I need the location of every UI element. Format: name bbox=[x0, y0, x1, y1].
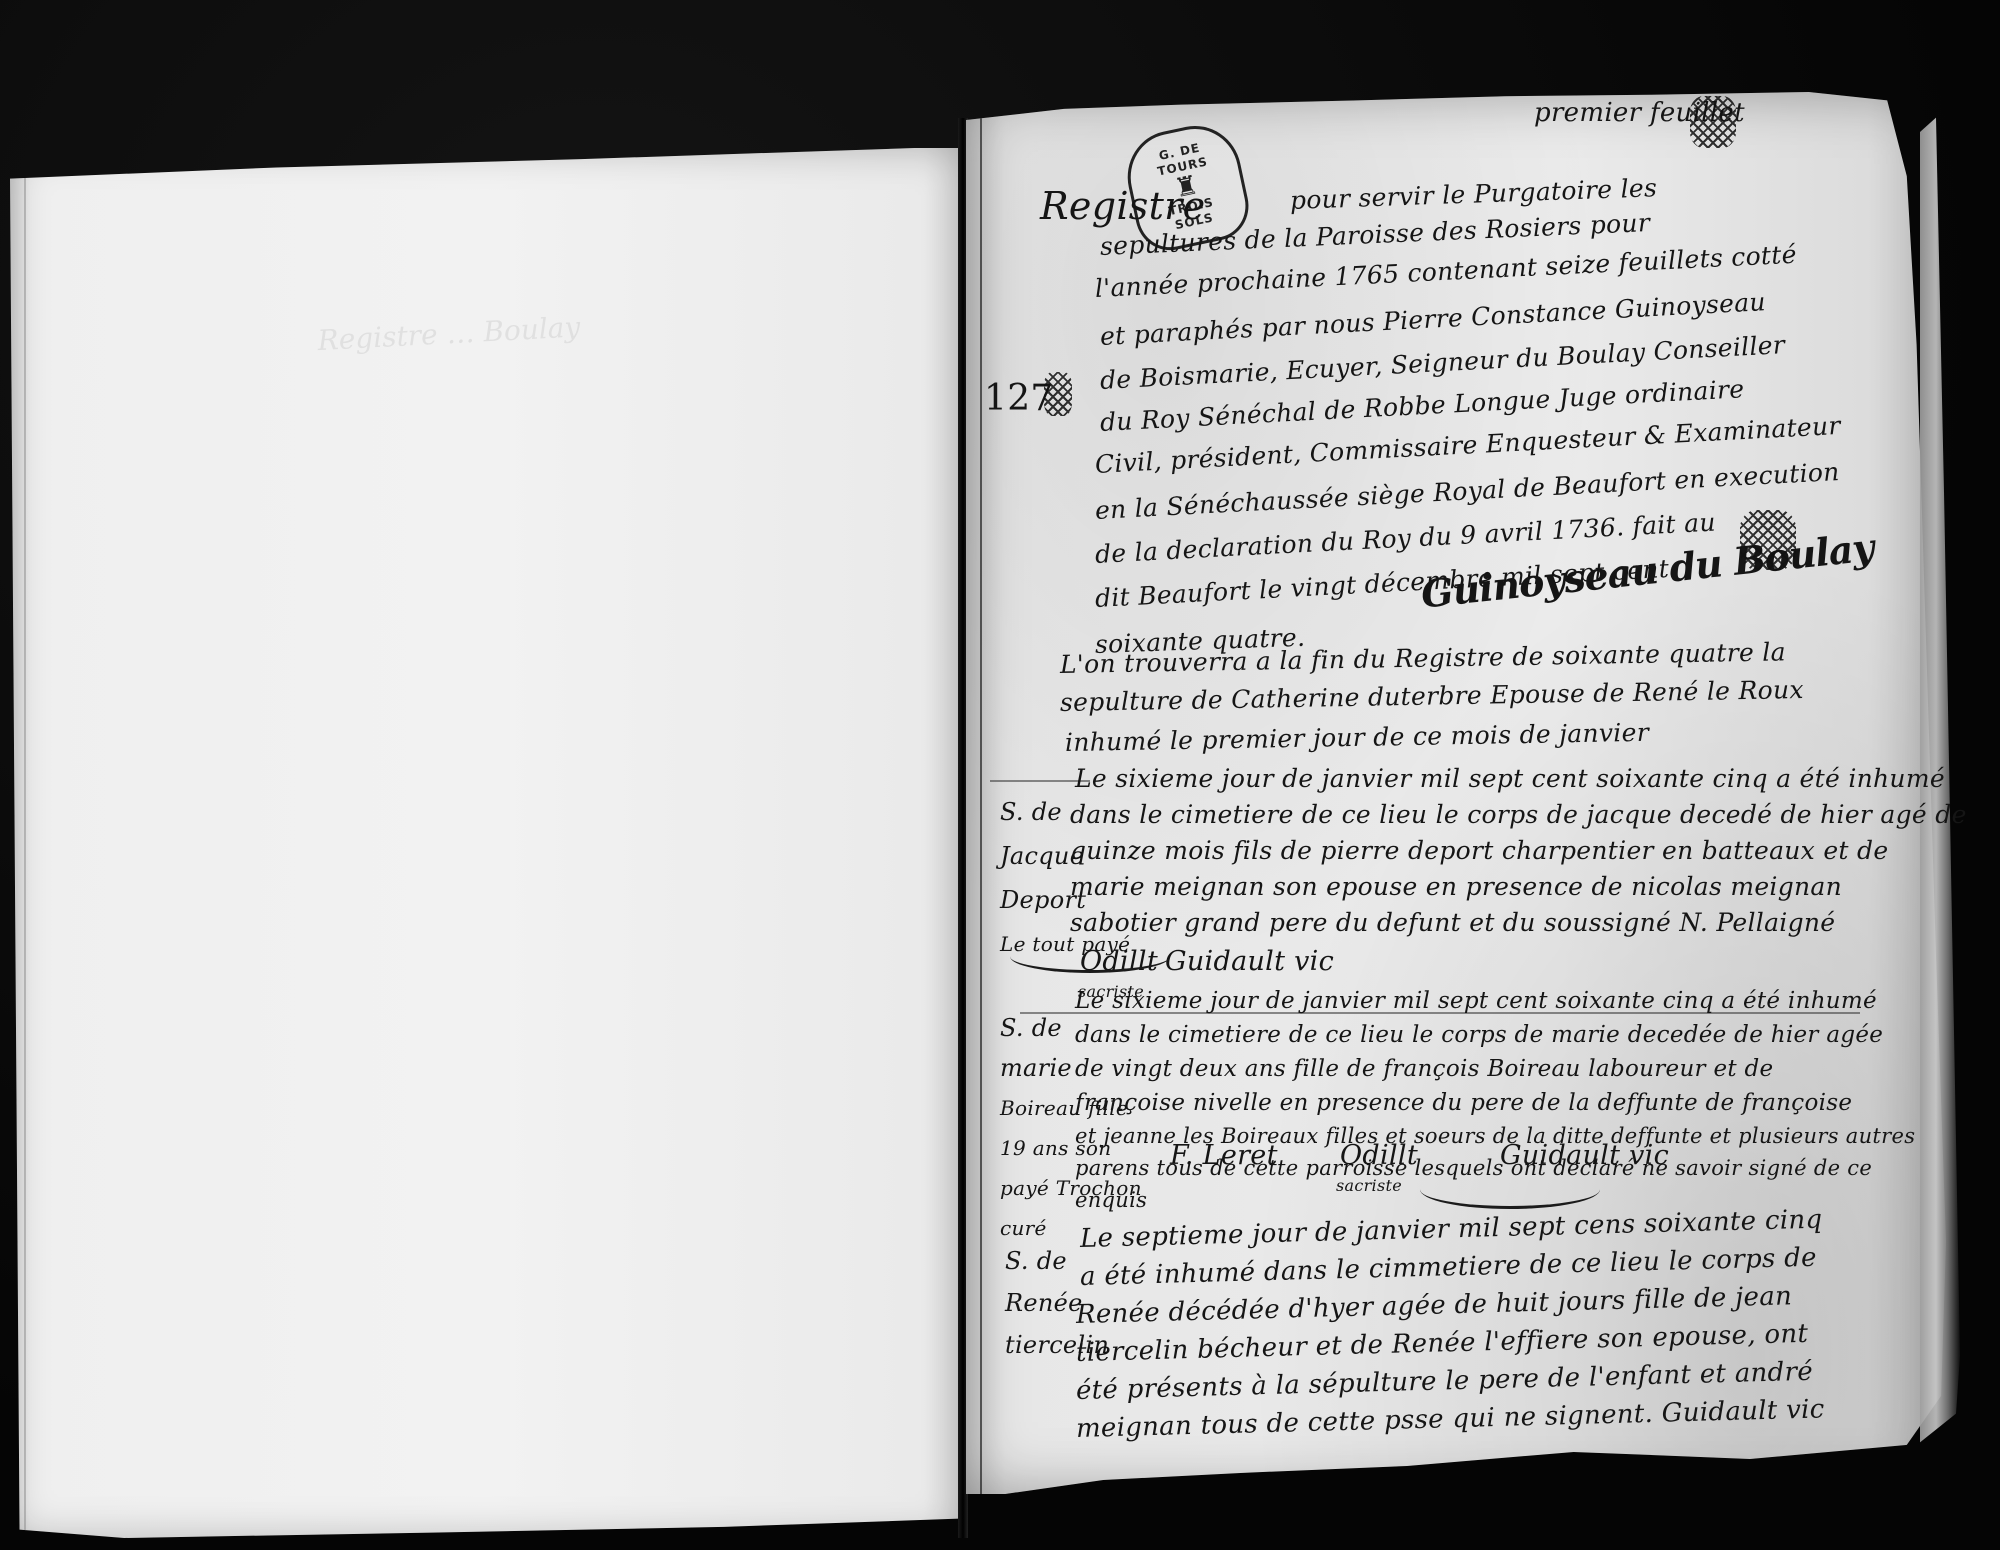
entry-line: quinze mois fils de pierre deport charpe… bbox=[1070, 836, 1888, 865]
margin-rule bbox=[980, 112, 982, 1494]
signature-witness: F. Leret bbox=[1170, 1140, 1278, 1171]
entry-line: marie meignan son epouse en presence de … bbox=[1070, 872, 1842, 901]
entry-line: dans le cimetiere de ce lieu le corps de… bbox=[1070, 800, 1967, 829]
signature-sub-label: sacriste bbox=[1336, 1176, 1402, 1195]
entry-line: de vingt deux ans fille de françois Boir… bbox=[1075, 1056, 1773, 1082]
margin-paraph-icon bbox=[1044, 372, 1072, 416]
signature-sacristan: Odillt bbox=[1340, 1140, 1418, 1171]
register-heading: Registre bbox=[1040, 184, 1205, 228]
entry-line: dans le cimetiere de ce lieu le corps de… bbox=[1075, 1022, 1883, 1048]
signature-vicar: Guidault vic bbox=[1165, 946, 1334, 977]
entry-line: Le sixieme jour de janvier mil sept cent… bbox=[1075, 764, 1945, 793]
signature-flourish bbox=[1420, 1170, 1600, 1209]
left-page-blank: Registre … Boulay bbox=[10, 148, 962, 1538]
entry-line: Le sixieme jour de janvier mil sept cent… bbox=[1075, 988, 1877, 1014]
paraph-mark-icon bbox=[1690, 96, 1736, 148]
entry-line: enquis bbox=[1075, 1188, 1147, 1212]
signature-flourish bbox=[1010, 940, 1170, 973]
bleed-through-text: Registre … Boulay bbox=[317, 297, 748, 539]
entry-line: françoise nivelle en presence du pere de… bbox=[1075, 1090, 1852, 1116]
entry-line: sabotier grand pere du defunt et du sous… bbox=[1070, 908, 1835, 937]
signature-paraph-icon bbox=[1740, 510, 1796, 570]
signature-vicar: Guidault vic bbox=[1500, 1140, 1669, 1171]
